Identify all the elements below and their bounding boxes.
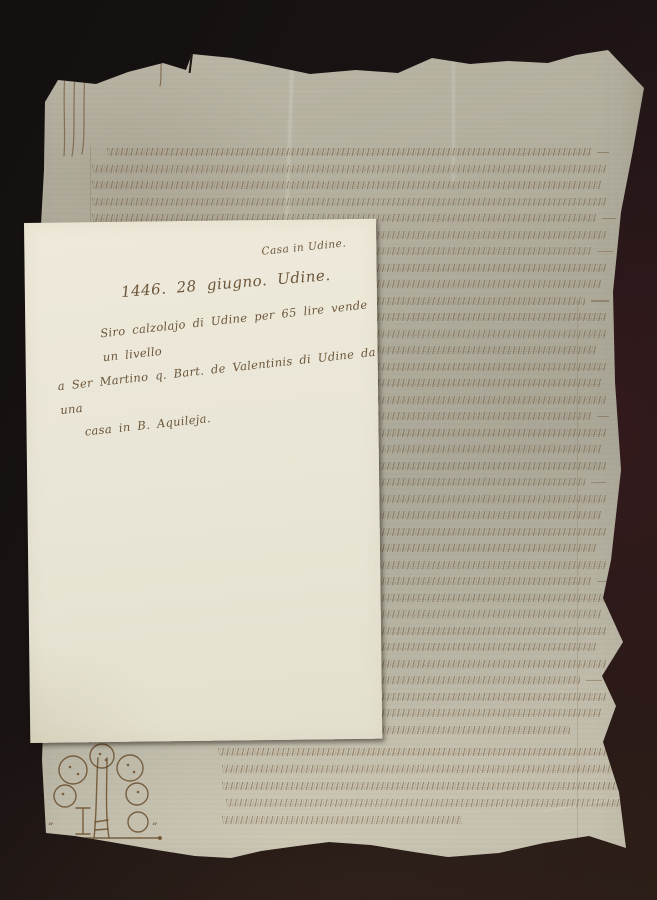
signum-letter-I-strokes	[76, 808, 90, 834]
manuscript-line	[222, 816, 461, 824]
manuscript-line	[226, 799, 629, 807]
fold-crease	[285, 56, 294, 224]
archival-note-slip: Casa in Udine. 1446. 28 giugno. Udine. S…	[24, 219, 382, 743]
fold-crease	[452, 56, 455, 184]
photograph-of-parchment-document: „ „ Casa in Udine. 1446. 28 giugno. Udin…	[0, 0, 657, 900]
manuscript-line	[92, 165, 606, 173]
manuscript-line	[92, 198, 606, 206]
manuscript-line	[218, 748, 638, 756]
parchment-tear	[189, 50, 194, 73]
manuscript-line	[92, 181, 601, 189]
faded-heading-text	[208, 40, 378, 51]
manuscript-line	[222, 782, 638, 790]
manuscript-line	[222, 765, 629, 773]
signum-letter-O-stroke	[128, 812, 148, 832]
notary-signum-tree: „ „	[40, 742, 170, 850]
manuscript-line	[107, 148, 590, 156]
slip-summary-text: Siro calzolajo di Udine per 65 lire vend…	[51, 290, 398, 446]
notary-subscription-text	[218, 748, 638, 833]
marginal-pen-flourish	[36, 44, 186, 159]
slip-caption: Casa in Udine.	[261, 237, 347, 257]
fold-crease	[544, 792, 649, 812]
signum-quote-left: „	[48, 814, 54, 827]
signum-quote-right: „	[152, 814, 158, 827]
margin-ruling-right	[577, 300, 578, 848]
slip-date-line: 1446. 28 giugno. Udine.	[120, 266, 331, 301]
